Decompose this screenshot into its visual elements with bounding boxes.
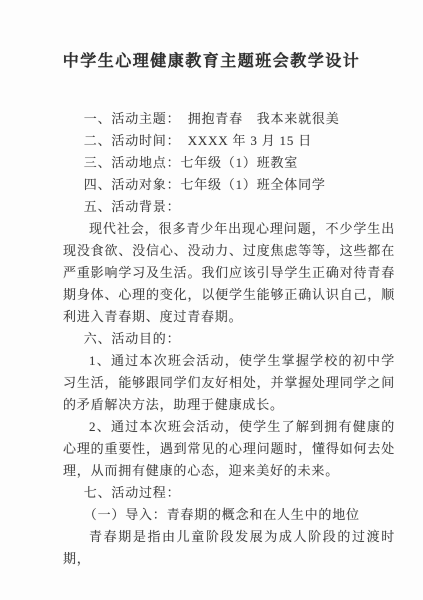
para-purpose-item-1: 1、通过本次班会活动，使学生掌握学校的初中学习生活，能够跟同学们友好相处，并掌握… — [63, 350, 395, 416]
para-background-heading: 五、活动背景： — [63, 196, 395, 218]
document-title: 中学生心理健康教育主题班会教学设计 — [0, 50, 423, 74]
para-process-intro-heading: （一）导入：青春期的概念和在人生中的地位 — [63, 504, 395, 526]
para-purpose-item-2: 2、通过本次班会活动，使学生了解到拥有健康的心理的重要性，遇到常见的心理问题时，… — [63, 416, 395, 482]
para-activity-theme: 一、活动主题： 拥抱青春 我本来就很美 — [63, 108, 395, 130]
para-activity-participants: 四、活动对象：七年级（1）班全体同学 — [63, 174, 395, 196]
para-process-heading: 七、活动过程： — [63, 482, 395, 504]
para-activity-location: 三、活动地点：七年级（1）班教室 — [63, 152, 395, 174]
para-activity-time: 二、活动时间： XXXX 年 3 月 15 日 — [63, 130, 395, 152]
document-body: 一、活动主题： 拥抱青春 我本来就很美 二、活动时间： XXXX 年 3 月 1… — [63, 108, 395, 570]
para-process-intro-text: 青春期是指由儿童阶段发展为成人阶段的过渡时期， — [63, 526, 395, 570]
para-background-text: 现代社会，很多青少年出现心理问题，不少学生出现没食欲、没信心、没动力、过度焦虑等… — [63, 218, 395, 328]
para-purpose-heading: 六、活动目的： — [63, 328, 395, 350]
scanned-document-page: 中学生心理健康教育主题班会教学设计 一、活动主题： 拥抱青春 我本来就很美 二、… — [0, 0, 423, 600]
